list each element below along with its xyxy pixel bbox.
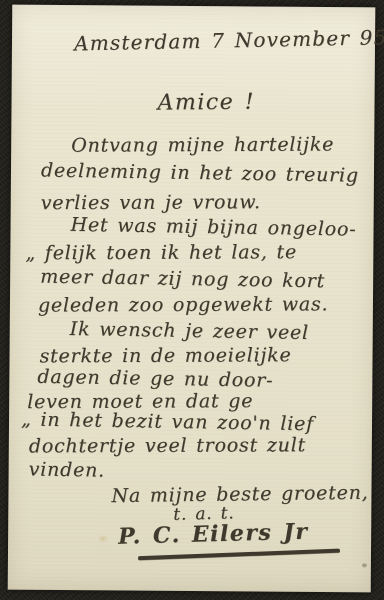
letter-line: dochtertje veel troost zult [29,436,306,456]
letter-line: Ik wensch je zeer veel [70,320,309,343]
signature-underline-flourish [138,549,340,560]
letter-line: Ontvang mijne hartelijke [71,136,334,156]
letter-line: sterkte in de moeielijke [40,346,292,366]
letter-line: verlies van je vrouw. [41,193,261,213]
letter-line: dagen die ge nu door- [37,368,273,391]
letter-salutation: Amice ! [157,92,255,115]
letter-signature: P. C. Eilers Jr [118,521,309,548]
letter-line: „ in het bezit van zoo'n lief [21,410,314,434]
letter-line: „ felijk toen ik het las, te [25,243,297,263]
letter-line: meer daar zij nog zoo kort [40,268,325,292]
letter-line: vinden. [28,460,105,480]
letter-dateline: Amsterdam 7 November 95 [74,27,384,53]
letter-paper: Amsterdam 7 November 95 Amice ! Ontvang … [8,5,376,593]
paper-stain [96,533,110,544]
scanned-letter: Amsterdam 7 November 95 Amice ! Ontvang … [0,0,384,600]
letter-line: Het was mij bijna ongeloo- [70,216,356,240]
dust-speck [362,563,367,567]
letter-line: geleden zoo opgewekt was. [38,295,329,315]
letter-line: deelneming in het zoo treurig [41,161,359,185]
letter-closing: Na mijne beste groeten, [111,484,368,506]
